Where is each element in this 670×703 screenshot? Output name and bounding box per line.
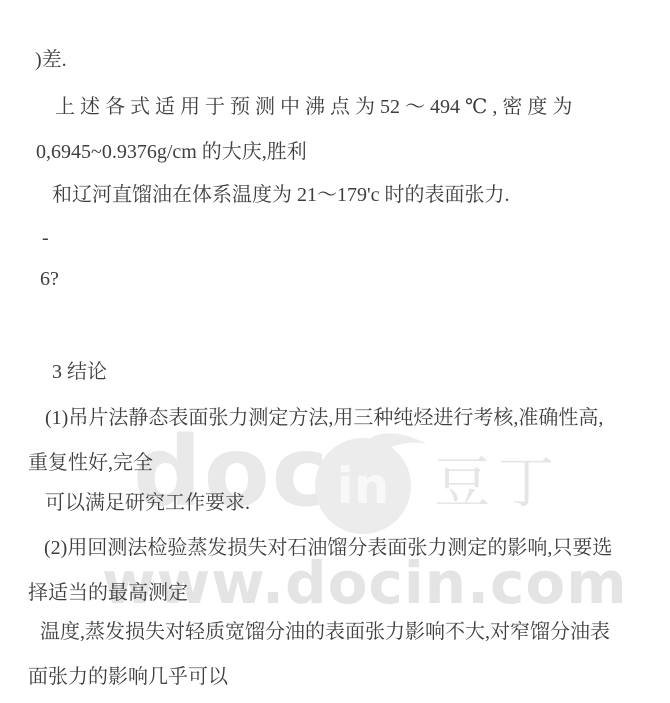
text-line: - xyxy=(42,226,49,250)
text-line: 可以满足研究工作要求. xyxy=(45,491,250,515)
text-line: 和辽河直馏油在体系温度为 21～179'c 时的表面张力. xyxy=(52,183,509,207)
text-line: )差. xyxy=(35,48,67,72)
document-text: )差. 上 述 各 式 适 用 于 预 测 中 沸 点 为 52 ～ 494 ℃… xyxy=(0,0,670,703)
text-line: 上 述 各 式 适 用 于 预 测 中 沸 点 为 52 ～ 494 ℃ , 密… xyxy=(55,95,572,119)
text-line: 0,6945~0.9376g/cm 的大庆,胜利 xyxy=(36,140,307,164)
text-line: 面张力的影响几乎可以 xyxy=(28,665,228,689)
text-line: 6? xyxy=(40,267,59,291)
document-page: doc in 豆丁 www.docin.com )差. 上 述 各 式 适 用 … xyxy=(0,0,670,703)
text-line: 择适当的最高测定 xyxy=(28,581,188,605)
section-heading: 3 结论 xyxy=(52,360,107,384)
text-line: 重复性好,完全 xyxy=(28,451,153,475)
text-line: (2)用回测法检验蒸发损失对石油馏分表面张力测定的影响,只要选 xyxy=(44,536,612,560)
text-line: (1)吊片法静态表面张力测定方法,用三种纯烃进行考核,准确性高, xyxy=(45,406,603,430)
text-line: 温度,蒸发损失对轻质宽馏分油的表面张力影响不大,对窄馏分油表 xyxy=(40,620,610,644)
